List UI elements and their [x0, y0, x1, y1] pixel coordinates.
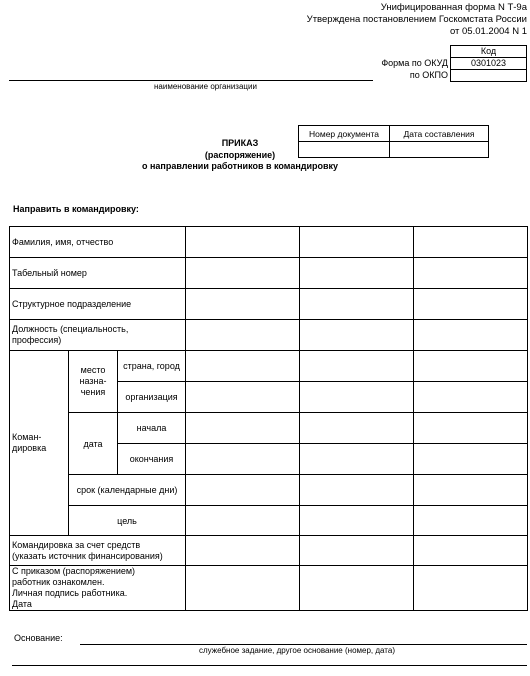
cell-department-1[interactable]	[186, 289, 300, 320]
row-label-date: дата	[69, 413, 118, 475]
cell-funding-1[interactable]	[186, 536, 300, 566]
employees-table: Фамилия, имя, отчество Табельный номер С…	[9, 226, 528, 611]
cell-organization-3[interactable]	[414, 382, 528, 413]
basis-underline	[80, 644, 527, 645]
cell-end-2[interactable]	[300, 444, 414, 475]
doc-number-field[interactable]	[299, 142, 390, 158]
cell-end-1[interactable]	[186, 444, 300, 475]
okud-label: Форма по ОКУД	[381, 58, 448, 68]
organization-caption: наименование организации	[154, 82, 257, 91]
basis-second-line[interactable]	[12, 665, 527, 666]
cell-fio-3[interactable]	[414, 227, 528, 258]
okpo-code-field[interactable]	[450, 69, 527, 82]
cell-department-3[interactable]	[414, 289, 528, 320]
table-row: Должность (специальность, профессия)	[10, 320, 528, 351]
cell-funding-3[interactable]	[414, 536, 528, 566]
cell-tab-number-1[interactable]	[186, 258, 300, 289]
table-row: цель	[10, 506, 528, 536]
approval-text: Утверждена постановлением Госкомстата Ро…	[307, 14, 527, 25]
table-row: дата начала	[10, 413, 528, 444]
row-label-funding: Командировка за счет средств (указать ис…	[10, 536, 186, 566]
cell-country-city-1[interactable]	[186, 351, 300, 382]
cell-duration-2[interactable]	[300, 475, 414, 506]
row-label-acknowledgement: С приказом (распоряжением) работник озна…	[10, 566, 186, 611]
table-row: Командировка за счет средств (указать ис…	[10, 536, 528, 566]
row-label-fio: Фамилия, имя, отчество	[10, 227, 186, 258]
row-label-trip: Коман- дировка	[10, 351, 69, 536]
cell-position-1[interactable]	[186, 320, 300, 351]
row-label-purpose: цель	[69, 506, 186, 536]
cell-fio-2[interactable]	[300, 227, 414, 258]
organization-underline	[9, 80, 373, 81]
organization-field[interactable]	[9, 68, 373, 80]
basis-label: Основание:	[14, 633, 63, 643]
form-name: Унифицированная форма N Т-9а	[381, 2, 527, 13]
row-label-position: Должность (специальность, профессия)	[10, 320, 186, 351]
cell-fio-1[interactable]	[186, 227, 300, 258]
cell-purpose-2[interactable]	[300, 506, 414, 536]
document-info-table: Номер документа Дата составления	[298, 125, 489, 158]
cell-organization-1[interactable]	[186, 382, 300, 413]
cell-department-2[interactable]	[300, 289, 414, 320]
row-label-tab-number: Табельный номер	[10, 258, 186, 289]
table-row: Структурное подразделение	[10, 289, 528, 320]
order-title: ПРИКАЗ	[190, 138, 290, 148]
section-heading: Направить в командировку:	[13, 204, 139, 214]
row-label-department: Структурное подразделение	[10, 289, 186, 320]
cell-organization-2[interactable]	[300, 382, 414, 413]
row-label-organization: организация	[118, 382, 186, 413]
table-row: С приказом (распоряжением) работник озна…	[10, 566, 528, 611]
cell-acknowledgement-3[interactable]	[414, 566, 528, 611]
okpo-label: по ОКПО	[410, 70, 448, 80]
cell-position-2[interactable]	[300, 320, 414, 351]
row-label-duration: срок (календарные дни)	[69, 475, 186, 506]
doc-number-header: Номер документа	[299, 126, 390, 142]
approval-date: от 05.01.2004 N 1	[450, 26, 527, 37]
row-label-country-city: страна, город	[118, 351, 186, 382]
table-row: Фамилия, имя, отчество	[10, 227, 528, 258]
table-row: срок (календарные дни)	[10, 475, 528, 506]
cell-duration-1[interactable]	[186, 475, 300, 506]
order-subtitle: (распоряжение)	[190, 150, 290, 160]
cell-start-2[interactable]	[300, 413, 414, 444]
cell-tab-number-3[interactable]	[414, 258, 528, 289]
table-row: Коман- дировка место назна- чения страна…	[10, 351, 528, 382]
cell-country-city-3[interactable]	[414, 351, 528, 382]
cell-purpose-1[interactable]	[186, 506, 300, 536]
cell-country-city-2[interactable]	[300, 351, 414, 382]
cell-acknowledgement-1[interactable]	[186, 566, 300, 611]
cell-start-1[interactable]	[186, 413, 300, 444]
cell-position-3[interactable]	[414, 320, 528, 351]
table-row: Табельный номер	[10, 258, 528, 289]
basis-caption: служебное задание, другое основание (ном…	[199, 646, 395, 655]
cell-start-3[interactable]	[414, 413, 528, 444]
row-label-destination: место назна- чения	[69, 351, 118, 413]
cell-duration-3[interactable]	[414, 475, 528, 506]
cell-funding-2[interactable]	[300, 536, 414, 566]
basis-field[interactable]	[80, 632, 527, 644]
cell-end-3[interactable]	[414, 444, 528, 475]
cell-acknowledgement-2[interactable]	[300, 566, 414, 611]
cell-purpose-3[interactable]	[414, 506, 528, 536]
row-label-start: начала	[118, 413, 186, 444]
row-label-end: окончания	[118, 444, 186, 475]
doc-date-field[interactable]	[390, 142, 489, 158]
doc-date-header: Дата составления	[390, 126, 489, 142]
order-description: о направлении работников в командировку	[140, 161, 340, 171]
cell-tab-number-2[interactable]	[300, 258, 414, 289]
